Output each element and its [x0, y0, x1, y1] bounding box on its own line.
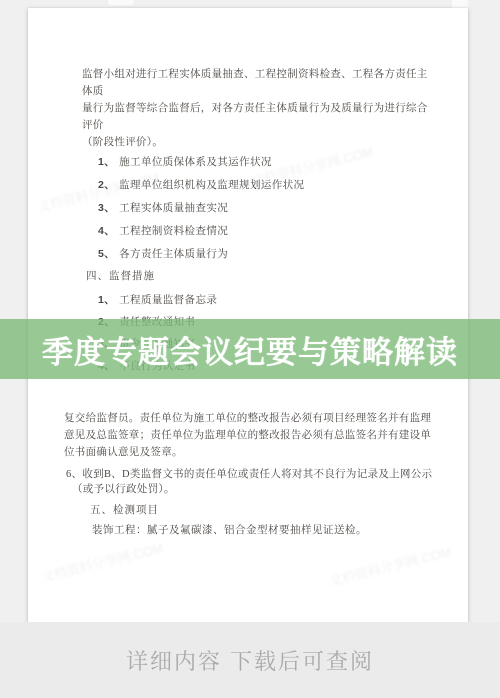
- list-item: 2、监理单位组织机构及监理规划运作状况: [98, 178, 468, 192]
- document-page: 文档资料分享网.COM 文档资料分享网.COM 文档资料分享网.COM 文档资料…: [28, 8, 468, 622]
- watermark: 文档资料分享网.COM: [328, 545, 453, 589]
- list-item: 5、各方责任主体质量行为: [98, 247, 468, 261]
- list-item: 4、工程控制资料检查情况: [98, 224, 468, 238]
- list-item-text: 施工单位质保体系及其运作状况: [119, 157, 272, 168]
- intro-paragraph: 监督小组对进行工程实体质量抽查、工程控制资料检查、工程各方责任主体质 量行为监督…: [82, 66, 436, 151]
- paragraph-line: 意见及总监签章；责任单位为监理单位的整改报告必须有总监签名并有建设单: [64, 430, 431, 441]
- promo-banner: 季度专题会议纪要与策略解读: [0, 319, 500, 379]
- partially-covered-paragraph: 复交给监督员。责任单位为施工单位的整改报告必须有项目经理签名并有监理 意见及总监…: [64, 410, 444, 461]
- inspection-item-list: 1、施工单位质保体系及其运作状况 2、监理单位组织机构及监理规划运作状况 3、工…: [28, 155, 468, 261]
- adjacent-page-fragment: [108, 0, 134, 5]
- list-item-text: 工程质量监督备忘录: [119, 295, 217, 306]
- intro-line: 量行为监督等综合监督后，对各方责任主体质量行为及质量行为进行综合评价: [82, 103, 428, 131]
- paragraph-line: 位书面确认意见及签章。: [64, 447, 183, 458]
- list-item: 1、施工单位质保体系及其运作状况: [98, 155, 468, 169]
- section-heading-5: 五、检测项目: [90, 504, 468, 518]
- list-item-number: 2、: [98, 179, 115, 191]
- list-item-text: 监理单位组织机构及监理规划运作状况: [119, 180, 304, 191]
- section-5-body: 装饰工程：腻子及氟碳漆、铝合金型材要抽样见证送检。: [92, 524, 468, 538]
- intro-line: （阶段性评价）。: [82, 137, 163, 148]
- promo-banner-title: 季度专题会议纪要与策略解读: [42, 327, 458, 372]
- paragraph-line: 复交给监督员。责任单位为施工单位的整改报告必须有项目经理签名并有监理: [64, 413, 431, 424]
- list-item-text: 工程控制资料检查情况: [119, 226, 228, 237]
- list-item-number: 3、: [98, 202, 115, 214]
- item-6-paragraph: 6、收到B、D类监督文书的责任单位或责任人将对其不良行为记录及上网公示 （或予以…: [66, 468, 438, 497]
- list-item-text: 各方责任主体质量行为: [119, 249, 228, 260]
- list-item-number: 1、: [98, 294, 115, 306]
- list-item: 1、工程质量监督备忘录: [98, 293, 468, 307]
- list-item: 3、工程实体质量抽查实况: [98, 201, 468, 215]
- intro-line: 监督小组对进行工程实体质量抽查、工程控制资料检查、工程各方责任主体质: [82, 69, 428, 97]
- paragraph-line: （或予以行政处罚）。: [66, 484, 175, 495]
- list-item-number: 1、: [98, 156, 115, 168]
- preview-footer: 详细内容 下载后可查阅: [0, 622, 500, 698]
- list-item-text: 工程实体质量抽查实况: [119, 203, 228, 214]
- paragraph-line: 6、收到B、D类监督文书的责任单位或责任人将对其不良行为记录及上网公示: [66, 469, 432, 480]
- section-heading-4: 四、监督措施: [86, 270, 468, 284]
- list-item-number: 5、: [98, 248, 115, 260]
- footer-hint-label: 详细内容 下载后可查阅: [126, 645, 374, 676]
- list-item-number: 4、: [98, 225, 115, 237]
- preview-canvas: 文档资料分享网.COM 文档资料分享网.COM 文档资料分享网.COM 文档资料…: [0, 0, 500, 698]
- watermark: 文档资料分享网.COM: [40, 541, 165, 585]
